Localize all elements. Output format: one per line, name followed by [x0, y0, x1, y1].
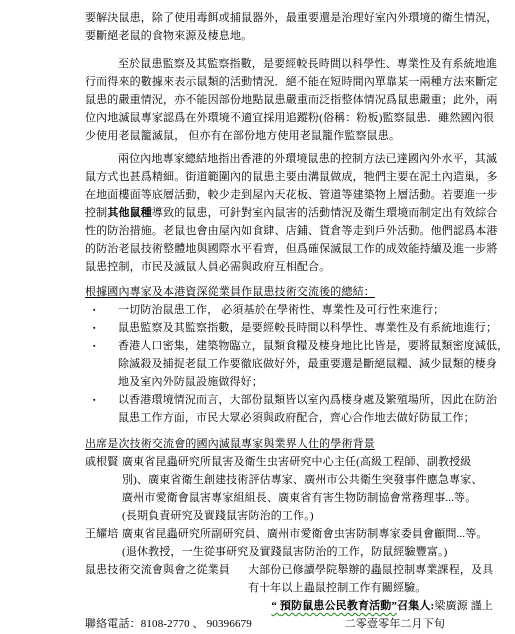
expert-bio-text: (退休教授，一生從事研究及實踐鼠害防治的工作，防鼠經驗豐富。)	[85, 543, 503, 561]
body-text-line: 少使用老鼠籠滅鼠， 但亦有在部份地方使用老鼠籠作監察鼠患。	[85, 127, 503, 145]
contact-phone: 聯絡電話：8108-2770 、 90396679	[85, 615, 252, 633]
bullet-text: 鼠患監察及其監察指數，是要經較長時間以科學性、專業性及有系統地進行；	[118, 322, 497, 334]
body-text-line: 要斷絕老鼠的食物來源及棲息地。	[85, 27, 503, 45]
bullet-text-continuation: 除滅殺及捕捉老鼠工作要徹底做好外，最重要還是斷絕鼠糧、減少鼠類的棲身	[85, 355, 503, 373]
document-date: 二零壹零年二月下旬	[345, 615, 445, 633]
body-text-line: 至於鼠患監察及其監察指數，是要經較長時間以科學性、專業性及有系統地進	[85, 55, 503, 73]
summary-heading: 根據國內專家及本港資深從業員作鼠患技術交流後的總結：	[85, 283, 503, 301]
attendees-label: 鼠患技術交流會與會之從業員	[85, 561, 248, 579]
bullet-item: ▪香港人口密集，建築物臨立，鼠類食糧及棲身地比比皆是，要將鼠類密度減低，	[85, 337, 503, 355]
attendees-entry-line: 鼠患技術交流會與會之從業員大部份已修讀學院舉辦的蟲鼠控制專業課程，及具	[85, 561, 503, 579]
text-segment: 導致的鼠患，可針對室內鼠害的活動情況及衛生環境而制定出有效綜合	[152, 207, 498, 219]
bold-text-segment: 其他鼠種	[107, 207, 152, 219]
body-text-line: 性的防治措施。老鼠也會由屋內如食肆、店鋪、貨倉等走到戶外活動。他們認爲本港	[85, 222, 503, 240]
campaign-title: 預防鼠患公民教育活動	[280, 600, 392, 612]
paragraph-intro: 要解決鼠患，除了使用毒餌或捕鼠器外，最重要還是治理好室內外環境的衛生情況， 要斷…	[85, 9, 503, 45]
text-segment: 控制	[85, 207, 107, 219]
expert-entry-line: 王耀培廣東省昆蟲研究所副研究員、廣州市愛衛會虫害防制專家委員會顧問...等。	[85, 525, 503, 543]
paragraph-experts-conclusion: 兩位內地專家總結地指出香港的外環境鼠患的控制方法已達國內外水平，其滅 鼠方式也甚…	[85, 150, 503, 276]
body-text-line: 鼠患控制，市民及滅鼠人員必需與政府互相配合。	[85, 258, 503, 276]
paragraph-monitoring: 至於鼠患監察及其監察指數，是要經較長時間以科學性、專業性及有系統地進 行而得來的…	[85, 55, 503, 145]
campaign-title-highlighted: “ 預防鼠患公民教育活動”	[271, 600, 397, 612]
attendees-entry: 鼠患技術交流會與會之從業員大部份已修讀學院舉辦的蟲鼠控制專業課程，及具 有十年以…	[85, 561, 503, 597]
expert-entry: 戚根賢廣東省昆蟲研究所鼠害及衛生虫害研究中心主任(高級工程師、副教授級 別)、廣…	[85, 453, 503, 525]
bullet-item: ▪以香港環境情況而言，大部份鼠類皆以室內爲棲身處及繁殖場所，因此在防治	[85, 391, 503, 409]
convener-name: 梁廣源 謹上	[434, 600, 493, 612]
body-text-line: 要解決鼠患，除了使用毒餌或捕鼠器外，最重要還是治理好室內外環境的衛生情況，	[85, 9, 503, 27]
convener-label: 召集人:	[397, 600, 434, 612]
bullet-marker-icon: ▪	[85, 391, 118, 409]
bullet-marker-icon: ▪	[85, 337, 118, 355]
signature-line: “ 預防鼠患公民教育活動”召集人:梁廣源 謹上	[85, 597, 503, 615]
body-text-line: 行而得來的數據來表示鼠類的活動情況．絕不能在短時間內單靠某一兩種方法來斷定	[85, 73, 503, 91]
body-text-line: 鼠患的嚴重情況，亦不能因部份地點鼠患嚴重而泛指整体情况爲鼠患嚴重；此外，兩	[85, 91, 503, 109]
bullet-text: 一切防治鼠患工作， 必須基於在學術性、專業性及可行性來進行；	[118, 304, 444, 316]
body-text-line: 兩位內地專家總結地指出香港的外環境鼠患的控制方法已達國內外水平，其滅	[85, 150, 503, 168]
body-text-line: 鼠方式也甚爲精細。街道範圍內的鼠患主要由溝鼠做成，牠們主要在泥土內造巢，多	[85, 168, 503, 186]
expert-bio-text: 廣東省昆蟲研究所鼠害及衛生虫害研究中心主任(高級工程師、副教授級	[122, 456, 471, 468]
bullet-marker-icon: ▪	[85, 301, 118, 319]
experts-heading: 出席是次技術交流會的國內滅鼠專家與業界人仕的學術背景	[85, 435, 503, 453]
bullet-marker-icon: ▪	[85, 319, 118, 337]
attendees-text: 大部份已修讀學院舉辦的蟲鼠控制專業課程，及具	[248, 564, 493, 576]
expert-entry: 王耀培廣東省昆蟲研究所副研究員、廣州市愛衛會虫害防制專家委員會顧問...等。 (…	[85, 525, 503, 561]
bullet-text-continuation: 地及室內外防鼠設施做得好；	[85, 373, 503, 391]
body-text-line: 在地面樓面等底層活動，較少走到屋內天花板、管道等建築物上層活動。若要進一步	[85, 186, 503, 204]
expert-bio-text: 別)、廣東省衛生創建技術評估專家、廣州市公共衛生突發事件應急專家、	[85, 471, 503, 489]
open-quote: “	[271, 600, 280, 612]
footer-row: 聯絡電話：8108-2770 、 90396679 二零壹零年二月下旬	[85, 615, 503, 633]
bullet-text: 香港人口密集，建築物臨立，鼠類食糧及棲身地比比皆是，要將鼠類密度減低，	[118, 340, 508, 352]
bullet-item: ▪一切防治鼠患工作， 必須基於在學術性、專業性及可行性來進行；	[85, 301, 503, 319]
expert-bio-text: 廣州市愛衛會鼠害專家組組長、廣東省有害生物防制協會常務理事...等。	[85, 489, 503, 507]
body-text-line: 的防治老鼠技術整體地與國際水平看齊，但爲確保滅鼠工作的成效能持續及進一步將	[85, 240, 503, 258]
body-text-line-with-bold: 控制其他鼠種導致的鼠患，可針對室內鼠害的活動情況及衛生環境而制定出有效綜合	[85, 204, 503, 222]
bullet-text: 以香港環境情況而言，大部份鼠類皆以室內爲棲身處及繁殖場所，因此在防治	[118, 394, 497, 406]
expert-bio-text: 廣東省昆蟲研究所副研究員、廣州市愛衛會虫害防制專家委員會顧問...等。	[122, 528, 488, 540]
bullet-item: ▪鼠患監察及其監察指數，是要經較長時間以科學性、專業性及有系統地進行；	[85, 319, 503, 337]
attendees-text: 有十年以上蟲鼠控制工作有關經驗。	[85, 579, 503, 597]
document-page: 要解決鼠患，除了使用毒餌或捕鼠器外，最重要還是治理好室內外環境的衛生情況， 要斷…	[0, 0, 515, 634]
expert-name: 戚根賢	[85, 453, 122, 471]
expert-name: 王耀培	[85, 525, 122, 543]
expert-entry-line: 戚根賢廣東省昆蟲研究所鼠害及衛生虫害研究中心主任(高級工程師、副教授級	[85, 453, 503, 471]
experts-section: 出席是次技術交流會的國內滅鼠專家與業界人仕的學術背景 戚根賢廣東省昆蟲研究所鼠害…	[85, 435, 503, 597]
body-text-line: 位內地滅鼠專家認爲在外環境不適宜採用追蹤粉(俗稱：粉板)監察鼠患．雖然國內很	[85, 109, 503, 127]
expert-bio-text: (長期負責研究及實踐鼠害防治的工作。)	[85, 507, 503, 525]
summary-section: 根據國內專家及本港資深從業員作鼠患技術交流後的總結： ▪一切防治鼠患工作， 必須…	[85, 283, 503, 427]
bullet-text-continuation: 鼠患工作方面，市民大眾必須與政府配合，齊心合作地去做好防鼠工作；	[85, 409, 503, 427]
